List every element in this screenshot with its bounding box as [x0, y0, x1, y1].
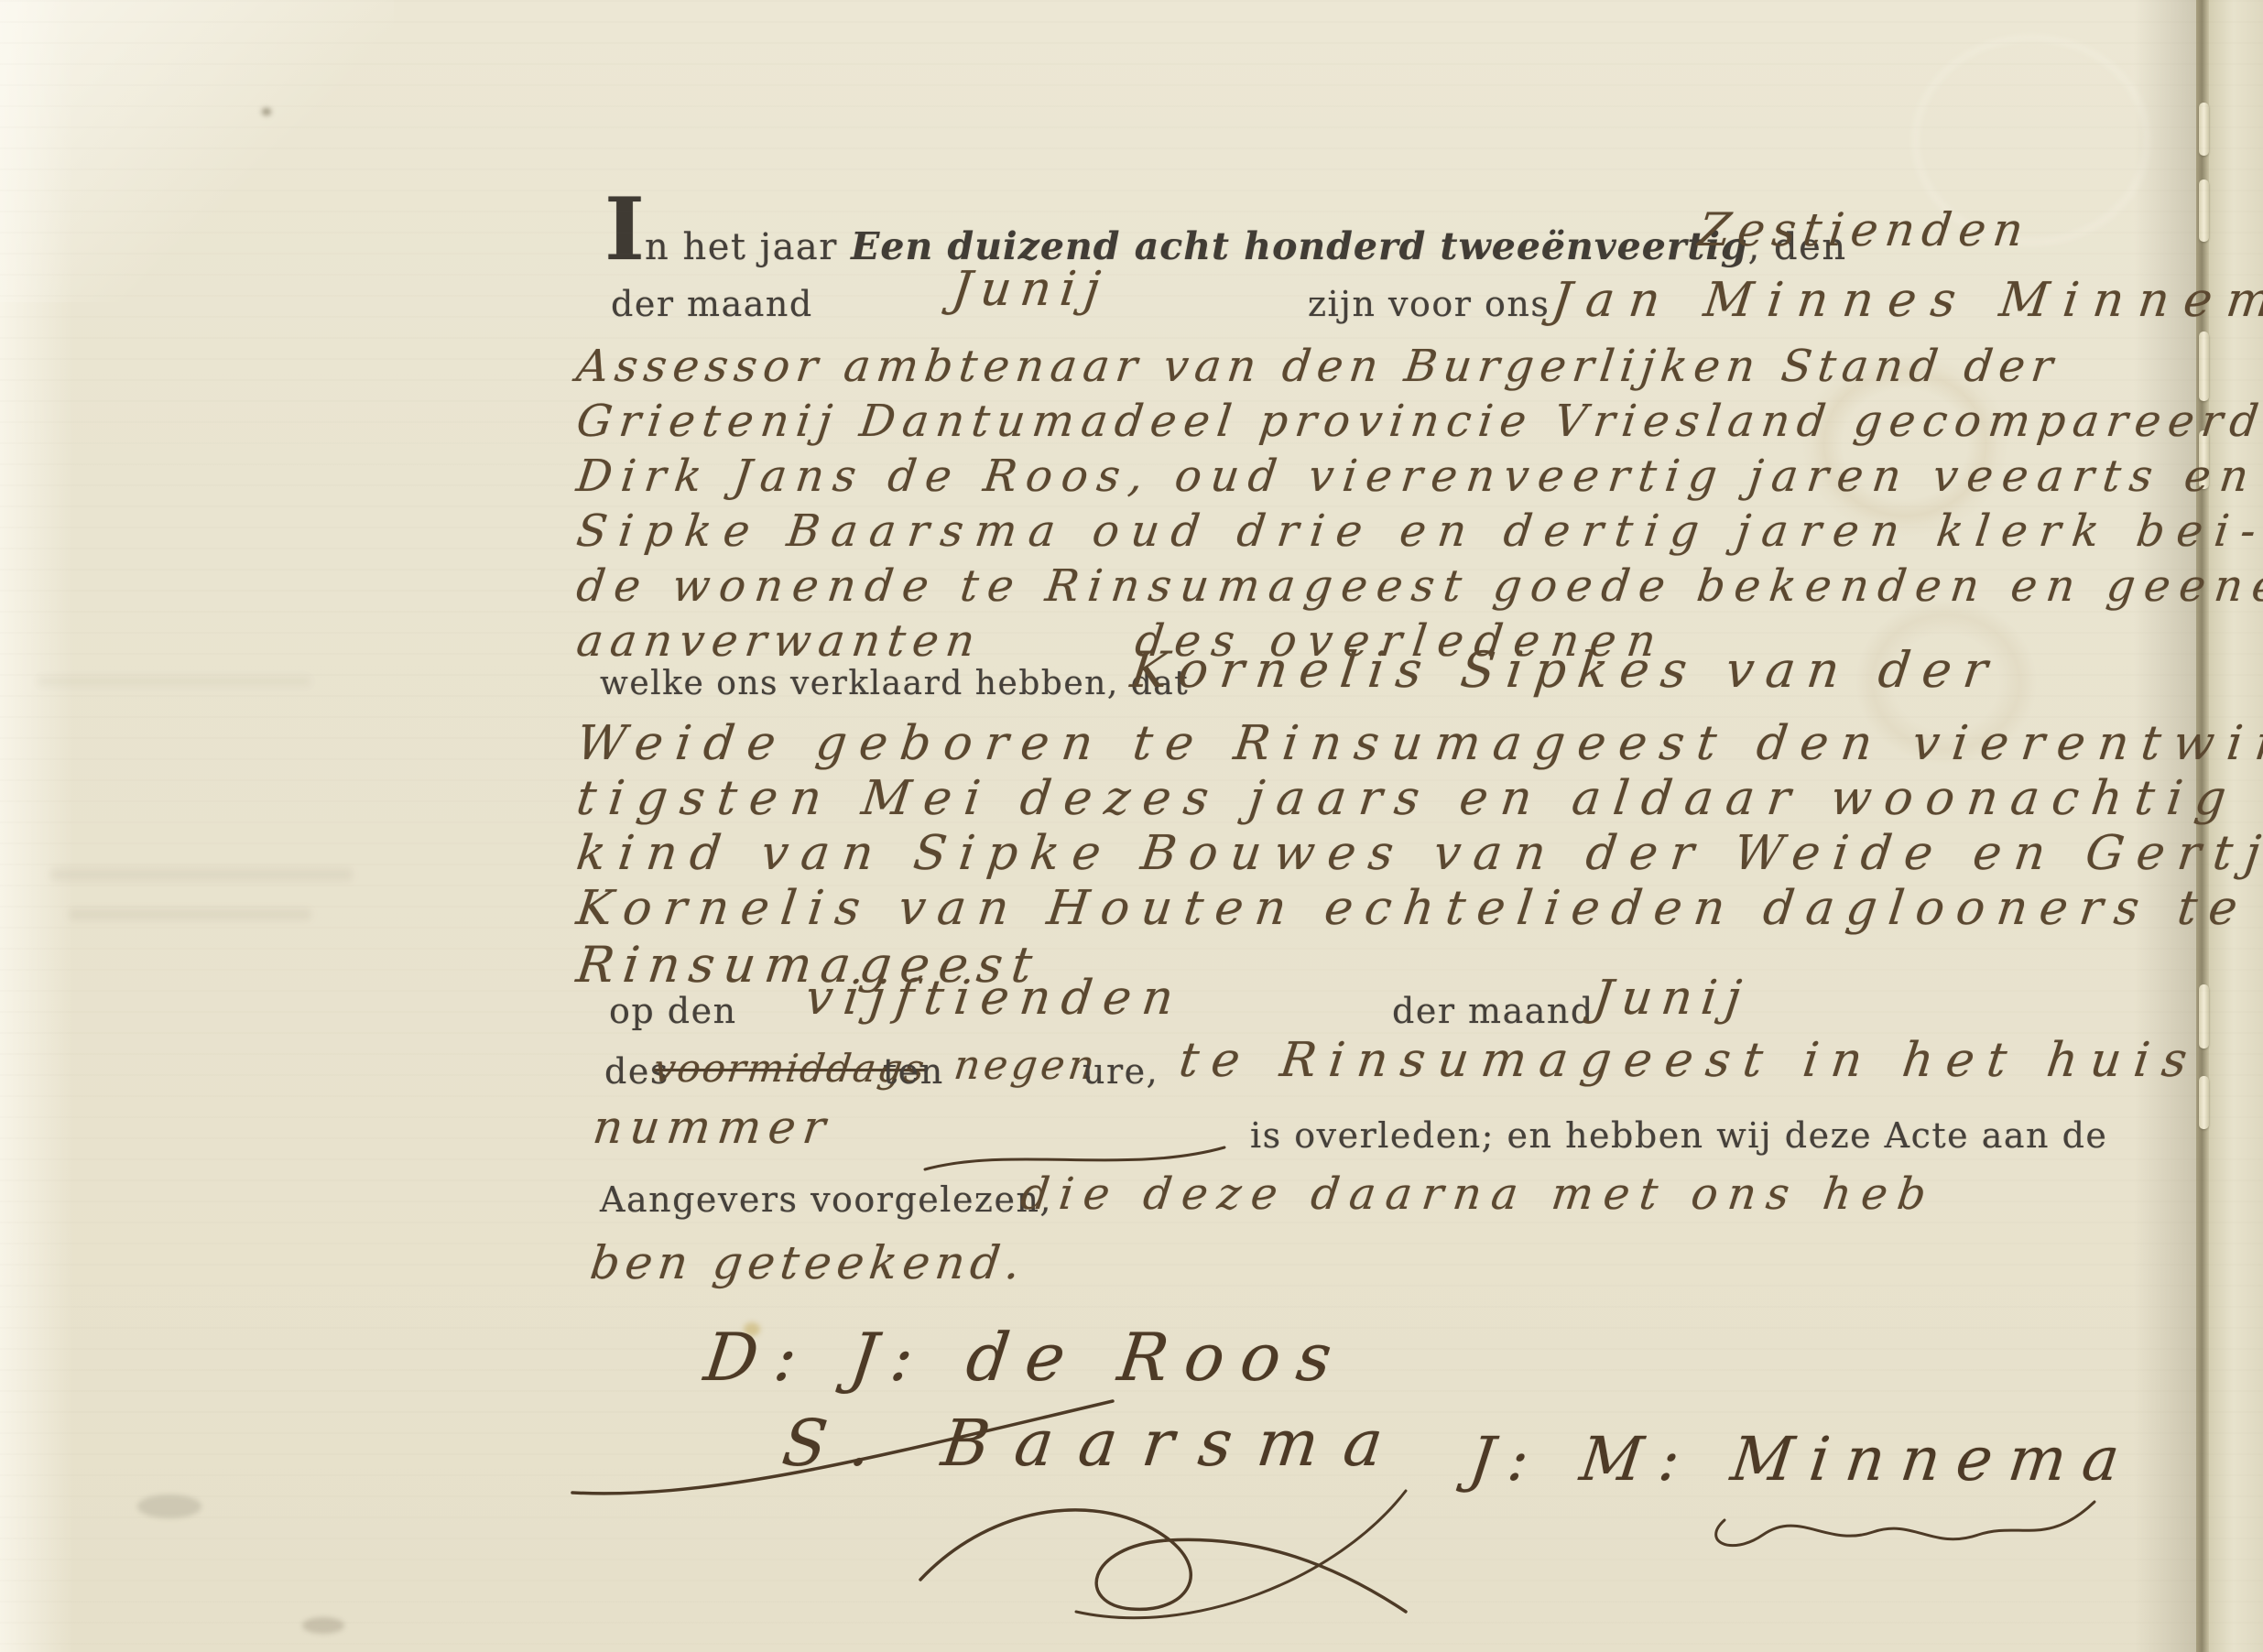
- act-line-6: Sipke Baarsma oud drie en dertig jaren k…: [577, 505, 2263, 557]
- printed-text: welke ons verklaard hebben, dat: [600, 665, 1189, 702]
- handwritten-text: Grietenij Dantumadeel provincie Vrieslan…: [574, 396, 2263, 447]
- handwritten-official-name: Jan Minnes Minnema: [1549, 273, 2263, 328]
- act-voorgelezen: Aangevers voorgelezen,: [600, 1179, 1052, 1220]
- act-overleden-clause: is overleden; en hebben wij deze Acte aa…: [1250, 1115, 2107, 1156]
- handwritten-text: Kornelis van Houten echtelieden dagloone…: [573, 881, 2252, 936]
- smudge: [302, 1617, 344, 1634]
- act-line-13: Kornelis van Houten echtelieden dagloone…: [577, 881, 2249, 936]
- signature-official: J: M: Minnema: [1470, 1424, 2136, 1494]
- signature-text: S. Baarsma: [778, 1406, 1412, 1481]
- printed-text: der maand: [611, 284, 813, 324]
- handwritten-month: Junij: [949, 262, 1112, 317]
- handwritten-place-of-death: te Rinsumageest in het huis: [1176, 1033, 2203, 1088]
- act-declaration-clause: welke ons verklaard hebben, dat: [600, 665, 1189, 702]
- signature-flourish: [907, 1474, 1438, 1635]
- stitch-thread: [2199, 103, 2209, 156]
- act-house-number: nummer: [593, 1101, 832, 1154]
- signature-declarant-2: S. Baarsma: [783, 1406, 1408, 1481]
- act-closing-hand-b: ben geteekend.: [591, 1236, 1026, 1289]
- act-line-10: Weide geboren te Rinsumageest den vieren…: [577, 716, 2263, 771]
- act-death-day: vijftienden: [806, 971, 1184, 1026]
- signature-text: J: M: Minnema: [1465, 1424, 2139, 1494]
- top-left-crease: [0, 0, 394, 302]
- act-line-8a: aanverwanten: [577, 615, 982, 667]
- act-month-value: Junij: [952, 262, 1109, 317]
- handwritten-text: Assessor ambtenaar van den Burgerlijken …: [574, 341, 2062, 392]
- act-of-month: der maand: [1392, 991, 1594, 1031]
- handwritten-death-month: Junij: [1590, 971, 1753, 1026]
- printed-text: ten: [883, 1051, 944, 1092]
- stitch-thread: [2199, 1076, 2209, 1129]
- act-deceased-name: Kornelis Sipkes van der: [1131, 641, 1999, 699]
- printed-text: n het jaar: [645, 226, 851, 268]
- stitch-thread: [2199, 179, 2209, 242]
- handwritten-text: Sipke Baarsma oud drie en dertig jaren k…: [574, 505, 2263, 557]
- act-ten: ten: [883, 1051, 944, 1092]
- act-official-name: Jan Minnes Minnema: [1552, 273, 2263, 328]
- handwritten-text: de wonende te Rinsumageest goede bekende…: [574, 560, 2263, 612]
- document-scan: In het jaar Een duizend acht honderd twe…: [0, 0, 2263, 1652]
- printed-text: Aangevers voorgelezen,: [600, 1179, 1052, 1220]
- act-before-us: zijn voor ons: [1308, 284, 1550, 324]
- act-line-7: de wonende te Rinsumageest goede bekende…: [577, 560, 2263, 612]
- verso-showthrough: [69, 908, 311, 920]
- act-line-4: Grietenij Dantumadeel provincie Vrieslan…: [577, 396, 2263, 447]
- act-line-3: Assessor ambtenaar van den Burgerlijken …: [577, 341, 2059, 392]
- handwritten-day: Zestienden: [1695, 203, 2033, 256]
- act-death-month: Junij: [1594, 971, 1750, 1026]
- signature-declarant-1: D: J: de Roos: [705, 1319, 1347, 1396]
- smudge: [137, 1494, 201, 1518]
- printed-text: is overleden; en hebben wij deze Acte aa…: [1250, 1115, 2107, 1156]
- handwritten-text: die deze daarna met ons heb: [1018, 1168, 1940, 1220]
- act-line-month: der maand: [611, 284, 813, 324]
- verso-showthrough: [37, 676, 311, 687]
- stitch-thread: [2199, 331, 2209, 401]
- handwritten-text: tigsten Mei dezes jaars en aldaar woonac…: [573, 771, 2242, 826]
- act-ure: ure,: [1083, 1051, 1159, 1092]
- handwritten-death-day: vijftienden: [802, 971, 1187, 1026]
- act-line-opening: In het jaar Een duizend acht honderd twe…: [604, 179, 1847, 280]
- act-on-the: op den: [609, 991, 737, 1031]
- printed-text: op den: [609, 991, 737, 1031]
- signature-text: D: J: de Roos: [701, 1319, 1353, 1396]
- handwritten-text: aanverwanten: [574, 615, 985, 667]
- handwritten-nummer: nummer: [590, 1101, 835, 1154]
- act-line-5: Dirk Jans de Roos, oud vierenveertig jar…: [577, 451, 2258, 502]
- act-place-of-death: te Rinsumageest in het huis: [1180, 1033, 2200, 1088]
- printed-text: zijn voor ons: [1308, 284, 1550, 324]
- act-line-12: kind van Sipke Bouwes van der Weide en G…: [577, 826, 2263, 881]
- handwritten-hour: negen: [952, 1042, 1101, 1089]
- verso-showthrough: [50, 868, 353, 881]
- printed-text: ure,: [1083, 1051, 1159, 1092]
- handwritten-text: ben geteekend.: [587, 1236, 1028, 1289]
- act-closing-hand-a: die deze daarna met ons heb: [1021, 1168, 1936, 1220]
- handwritten-deceased-name: Kornelis Sipkes van der: [1127, 641, 2002, 699]
- act-line-11: tigsten Mei dezes jaars en aldaar woonac…: [577, 771, 2238, 826]
- act-day-of-month: Zestienden: [1699, 203, 2030, 256]
- handwritten-text: Weide geboren te Rinsumageest den vieren…: [573, 716, 2263, 771]
- handwritten-text: Dirk Jans de Roos, oud vierenveertig jar…: [574, 451, 2261, 502]
- handwritten-text: kind van Sipke Bouwes van der Weide en G…: [573, 826, 2263, 881]
- act-hour-value: negen: [954, 1042, 1098, 1089]
- printed-text: der maand: [1392, 991, 1594, 1031]
- signature-flourish: [1699, 1491, 2102, 1569]
- drop-cap-I: I: [604, 179, 645, 280]
